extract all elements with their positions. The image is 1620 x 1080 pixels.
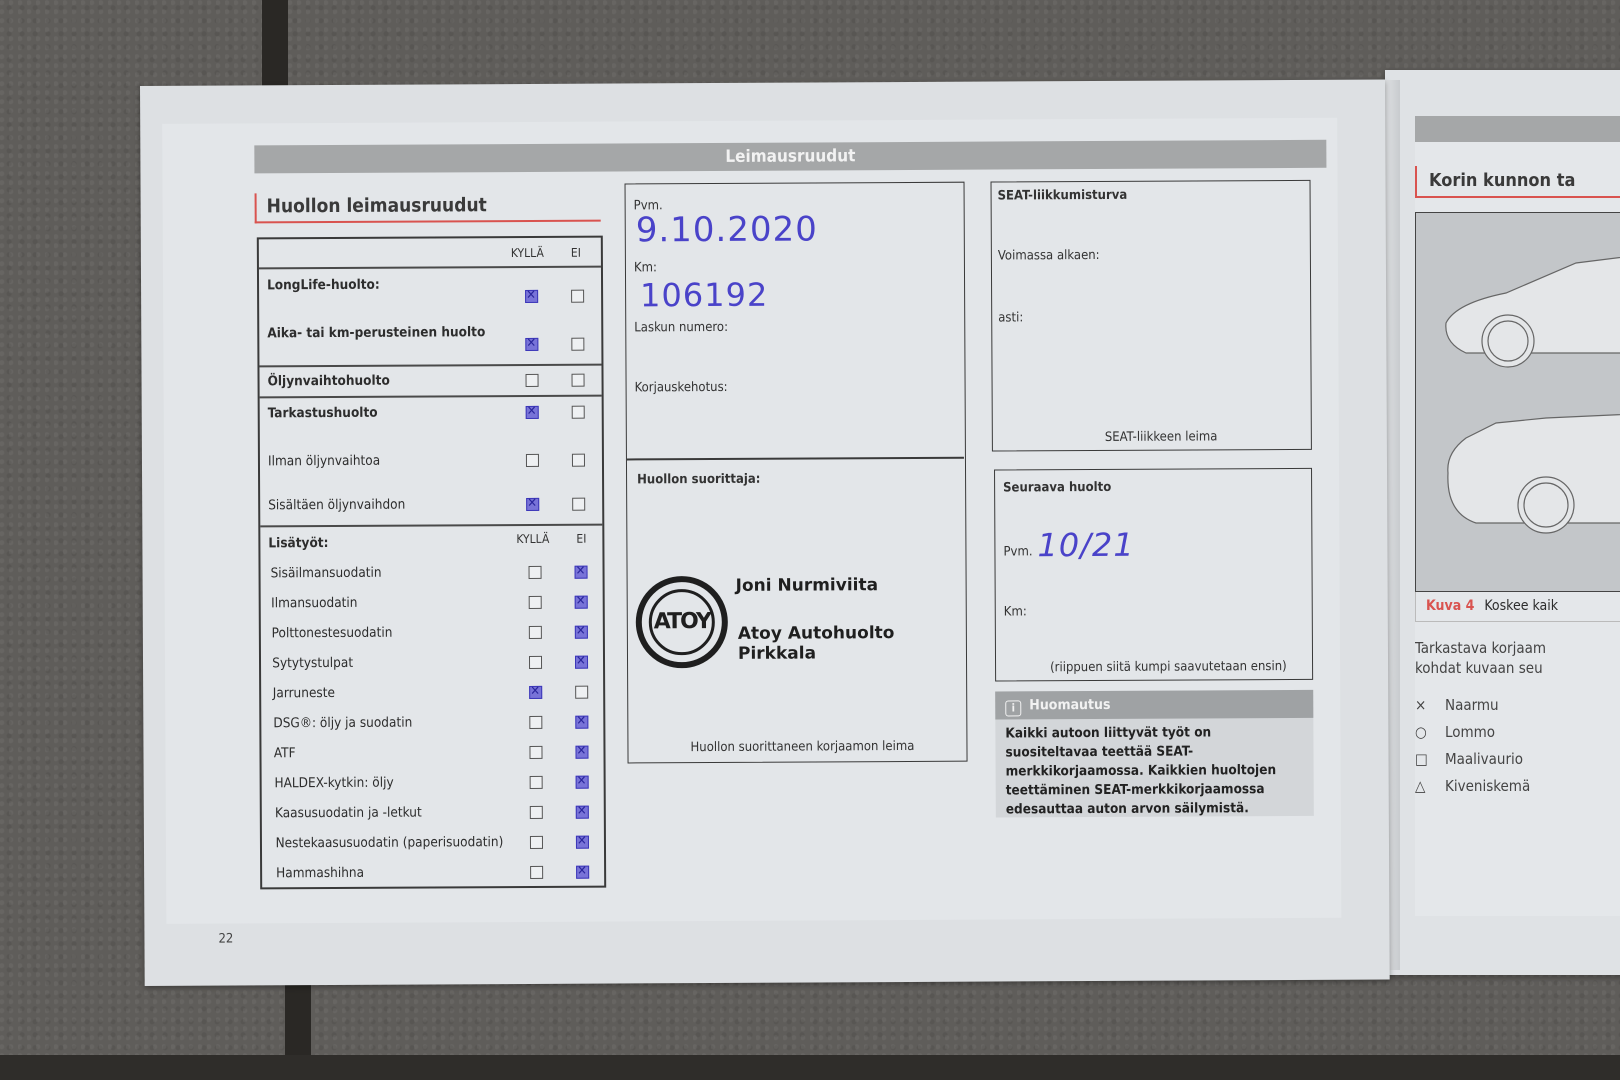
section-title: Huollon leimausruudut (255, 192, 601, 224)
checkbox-yes[interactable] (530, 806, 543, 819)
divider (260, 524, 602, 528)
checklist-row-label: Ilmansuodatin (271, 595, 357, 611)
checkbox-yes[interactable] (530, 866, 543, 879)
mobility-guarantee-card: SEAT-liikkumisturva Voimassa alkaen: ast… (991, 180, 1312, 452)
divider (627, 457, 964, 460)
checklist-row-label: Polttonestesuodatin (272, 625, 393, 642)
checklist-row: Ilman öljynvaihtoa (260, 452, 602, 454)
left-page-content: Leimausruudut Huollon leimausruudut KYLL… (162, 118, 1341, 924)
checklist-row: Tarkastushuolto (260, 404, 602, 406)
body-text-line: Tarkastava korjaam (1415, 638, 1620, 658)
circle-icon: ○ (1415, 723, 1445, 741)
legend-item: □Maalivaurio (1415, 750, 1523, 768)
extras-title: Lisätyöt: (260, 534, 602, 536)
checklist-row: ATF (261, 744, 603, 746)
legend-label: Lommo (1445, 723, 1495, 741)
notice-box: iHuomautus Kaikki autoon liittyvät työt … (995, 690, 1314, 818)
checklist-row: DSG®: öljy ja suodatin (261, 714, 603, 716)
next-service-card: Seuraava huolto Pvm. 10/21 Km: (riippuen… (994, 468, 1313, 682)
stamp-location: Pirkkala (738, 643, 816, 663)
dealer-stamp-caption: SEAT-liikkeen leima (1105, 429, 1218, 445)
legend-item: △Kiveniskemä (1415, 777, 1530, 795)
notice-title: Huomautus (1029, 697, 1110, 713)
checklist-row-label: Tarkastushuolto (268, 405, 378, 422)
checklist-row: Jarruneste (261, 684, 603, 686)
col-head-no: EI (576, 532, 586, 546)
right-page: Korin kunnon ta Kuva 4 Koskee kaik Tarka… (1385, 70, 1620, 975)
car-diagram-figure (1415, 212, 1620, 592)
next-date-label: Pvm. (1003, 544, 1032, 559)
floor-seam (262, 0, 288, 90)
divider (259, 266, 601, 270)
car-outline-icon (1416, 213, 1620, 593)
checkbox-yes[interactable] (530, 836, 543, 849)
checklist-row-label: Sisältäen öljynvaihdon (268, 497, 405, 514)
valid-from-label: Voimassa alkaen: (998, 248, 1100, 264)
checklist-row: Polttonestesuodatin (261, 624, 603, 626)
checkbox-yes[interactable] (529, 626, 542, 639)
checklist-row: Sytytystulpat (261, 654, 603, 656)
checklist-row: Nestekaasusuodatin (paperisuodatin) (262, 834, 604, 836)
floor-seam (0, 1055, 1620, 1080)
divider (260, 395, 602, 399)
stamp-caption: Huollon suorittaneen korjaamon leima (690, 739, 914, 755)
next-date-value[interactable]: 10/21 (1037, 526, 1134, 565)
legend-item: ○Lommo (1415, 723, 1495, 741)
checkbox-yes[interactable] (530, 776, 543, 789)
checklist-row: Sisäilmansuodatin (261, 564, 603, 566)
checklist-row: Ilmansuodatin (261, 594, 603, 596)
checklist-row: Aika- tai km-perusteinen huolto (259, 324, 601, 326)
km-label: Km: (634, 260, 657, 275)
checklist-row-label: Ilman öljynvaihtoa (268, 453, 380, 470)
checklist-row: LongLife-huolto: (259, 276, 601, 278)
checkbox-no[interactable] (575, 596, 588, 609)
checkbox-yes[interactable] (526, 454, 539, 467)
repair-label: Korjauskehotus: (635, 380, 728, 395)
checklist-row-label: HALDEX-kytkin: öljy (274, 775, 393, 792)
info-icon: i (1005, 700, 1021, 716)
date-value[interactable]: 9.10.2020 (636, 209, 818, 250)
checkbox-no[interactable] (575, 716, 588, 729)
stamp-name: Joni Nurmiviita (736, 575, 879, 596)
checkbox-no[interactable] (572, 406, 585, 419)
next-service-note: (riippuen siitä kumpi saavutetaan ensin) (1050, 659, 1287, 675)
checklist-row-label: Aika- tai km-perusteinen huolto (267, 324, 485, 341)
checklist-row-label: LongLife-huolto: (267, 277, 380, 294)
service-checklist: KYLLÄ EI KYLLÄ EI Lisätyöt: LongLife-huo… (257, 236, 606, 890)
col-head-yes: KYLLÄ (511, 246, 544, 260)
checkbox-no[interactable] (571, 290, 584, 303)
service-entry-card: Pvm. 9.10.2020 Km: 106192 Laskun numero:… (625, 182, 968, 764)
checkbox-yes[interactable] (526, 498, 539, 511)
stamp-company: Atoy Autohuolto (738, 623, 895, 644)
legend-label: Naarmu (1445, 696, 1499, 714)
checklist-row-label: Sytytystulpat (272, 655, 353, 671)
right-header-bar (1415, 116, 1620, 142)
performer-label: Huollon suorittaja: (637, 472, 760, 488)
figure-caption: Kuva 4 Koskee kaik (1415, 592, 1620, 622)
checkbox-no[interactable] (575, 656, 588, 669)
notice-header: iHuomautus (995, 690, 1313, 720)
page-header-bar: Leimausruudut (254, 140, 1326, 174)
checklist-row: HALDEX-kytkin: öljy (262, 774, 604, 776)
invoice-label: Laskun numero: (634, 320, 728, 335)
figure-caption-text: Koskee kaik (1484, 598, 1558, 614)
mobility-title: SEAT-liikkumisturva (998, 188, 1128, 204)
checkbox-yes[interactable] (529, 656, 542, 669)
workshop-stamp: ATOY Joni Nurmiviita Atoy Autohuolto Pir… (636, 575, 947, 687)
checkbox-yes[interactable] (526, 374, 539, 387)
checklist-row-label: Sisäilmansuodatin (271, 565, 382, 582)
triangle-icon: △ (1415, 777, 1445, 795)
checkbox-no[interactable] (576, 776, 589, 789)
col-head-no: EI (571, 246, 581, 260)
checkbox-yes[interactable] (529, 746, 542, 759)
checklist-row-label: Hammashihna (276, 865, 364, 881)
body-text: Tarkastava korjaam kohdat kuvaan seu (1415, 638, 1620, 678)
checklist-row-label: Jarruneste (273, 685, 335, 701)
checkbox-no[interactable] (576, 866, 589, 879)
body-text-line: kohdat kuvaan seu (1415, 658, 1620, 678)
checkbox-no[interactable] (572, 498, 585, 511)
right-section-title: Korin kunnon ta (1415, 166, 1620, 198)
checklist-row-label: Kaasusuodatin ja -letkut (275, 805, 422, 822)
checkbox-yes[interactable] (526, 406, 539, 419)
cross-icon: × (1415, 696, 1445, 714)
checkbox-no[interactable] (571, 338, 584, 351)
figure-label: Kuva 4 (1426, 598, 1474, 614)
square-icon: □ (1415, 750, 1445, 768)
checkbox-no[interactable] (575, 626, 588, 639)
checkbox-no[interactable] (572, 454, 585, 467)
checkbox-yes[interactable] (529, 596, 542, 609)
checklist-row-label: Nestekaasusuodatin (paperisuodatin) (276, 834, 504, 851)
notice-body: Kaikki autoon liittyvät työt on suositel… (995, 718, 1314, 825)
next-service-title: Seuraava huolto (1003, 480, 1111, 496)
checkbox-no[interactable] (576, 806, 589, 819)
checklist-row: Kaasusuodatin ja -letkut (262, 804, 604, 806)
checkbox-no[interactable] (575, 686, 588, 699)
checkbox-yes[interactable] (525, 338, 538, 351)
divider (259, 364, 601, 368)
legend-label: Maalivaurio (1445, 750, 1523, 768)
atoy-logo-icon: ATOY (636, 576, 728, 668)
checklist-row: Hammashihna (262, 864, 604, 866)
checkbox-yes[interactable] (525, 290, 538, 303)
checkbox-yes[interactable] (529, 716, 542, 729)
next-km-label: Km: (1004, 604, 1027, 619)
checkbox-yes[interactable] (529, 566, 542, 579)
km-value[interactable]: 106192 (640, 276, 768, 315)
legend-item: ×Naarmu (1415, 696, 1499, 714)
checkbox-no[interactable] (572, 374, 585, 387)
col-head-yes: KYLLÄ (516, 532, 549, 546)
checklist-row: Sisältäen öljynvaihdon (260, 496, 602, 498)
checkbox-yes[interactable] (529, 686, 542, 699)
checkbox-no[interactable] (575, 746, 588, 759)
page-number: 22 (218, 932, 233, 947)
legend-label: Kiveniskemä (1445, 777, 1530, 795)
right-page-content: Korin kunnon ta Kuva 4 Koskee kaik Tarka… (1415, 116, 1620, 916)
checklist-row: Öljynvaihtohuolto (260, 372, 602, 374)
left-page: Leimausruudut Huollon leimausruudut KYLL… (140, 79, 1390, 986)
checklist-row-label: ATF (274, 745, 296, 761)
until-label: asti: (998, 310, 1023, 325)
checkbox-no[interactable] (576, 836, 589, 849)
checklist-row-label: Öljynvaihtohuolto (268, 373, 390, 390)
checkbox-no[interactable] (575, 566, 588, 579)
checklist-row-label: DSG®: öljy ja suodatin (273, 715, 412, 732)
